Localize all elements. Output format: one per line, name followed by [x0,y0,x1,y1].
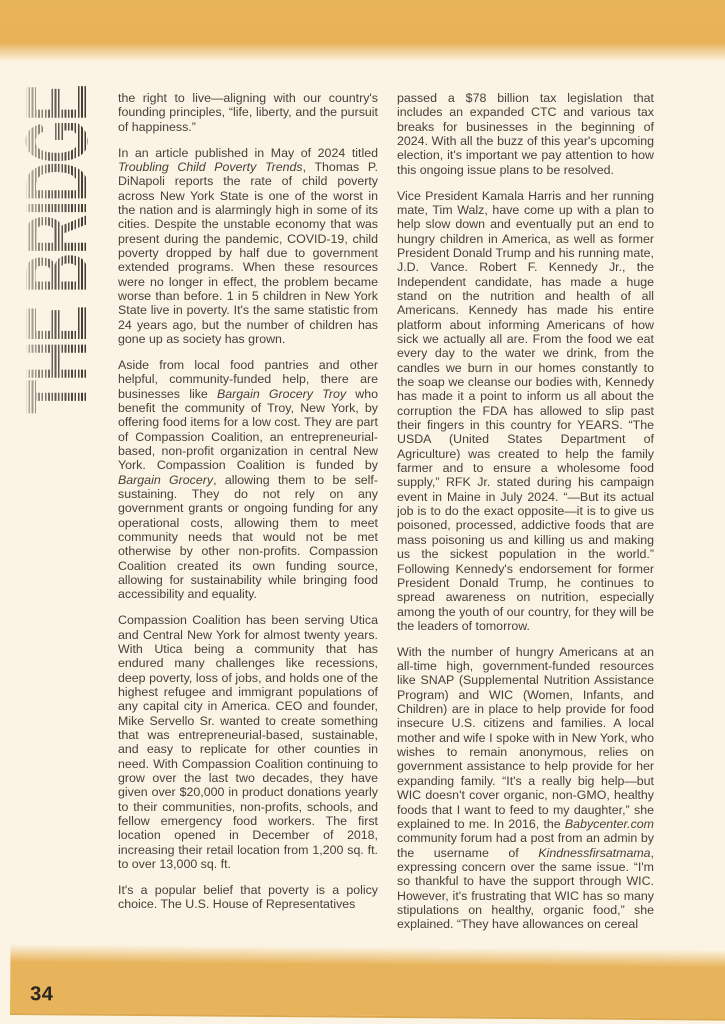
italic-text-run: Babycenter.com [565,817,654,831]
text-run: passed a $78 billion tax legislation tha… [397,91,654,177]
article-column-right: passed a $78 billion tax legislation tha… [397,91,654,939]
italic-text-run: Kindnessfirsatmama [538,846,650,860]
italic-text-run: Bargain Grocery [118,473,213,487]
italic-text-run: Bargain Grocery Troy [217,387,346,401]
article-paragraph: passed a $78 billion tax legislation tha… [397,91,654,177]
top-decorative-band [0,0,725,62]
italic-text-run: Troubling Child Poverty Trends [118,160,303,174]
masthead-logo: THE BRIDGE [25,74,89,414]
bottom-decorative-band: 34 [10,944,725,1021]
text-run: With the number of hungry Americans at a… [397,645,654,831]
article-paragraph: Aside from local food pantries and other… [118,358,378,602]
article-paragraph: It's a popular belief that poverty is a … [118,883,378,912]
text-run: In an article published in May of 2024 t… [118,146,378,160]
text-run: , Thomas P. DiNapoli reports the rate of… [118,160,378,346]
article-column-left: the right to live—aligning with our coun… [118,91,378,939]
article-paragraph: In an article published in May of 2024 t… [118,146,378,347]
text-run: Vice President Kamala Harris and her run… [397,189,654,633]
page-number: 34 [30,983,53,1006]
text-run: Compassion Coalition has been serving Ut… [118,613,378,871]
magazine-page: THE BRIDGE the right to live—aligning wi… [0,0,725,1024]
text-run: It's a popular belief that poverty is a … [118,883,378,911]
article-paragraph: Compassion Coalition has been serving Ut… [118,613,378,871]
article-paragraph: With the number of hungry Americans at a… [397,645,654,932]
article-paragraph: Vice President Kamala Harris and her run… [397,189,654,634]
article-paragraph: the right to live—aligning with our coun… [118,91,378,134]
text-run: the right to live—aligning with our coun… [118,91,378,134]
text-run: , allowing them to be self-sustaining. T… [118,473,378,602]
